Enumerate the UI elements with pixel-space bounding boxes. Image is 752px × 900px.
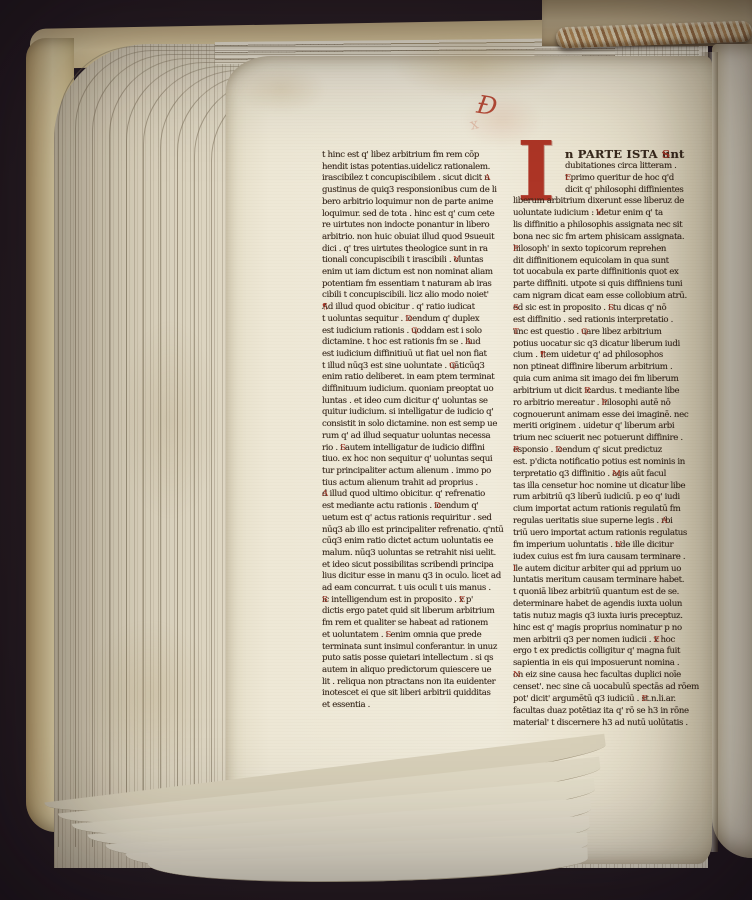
text-line: dubitationes circa litteram . bbox=[565, 161, 681, 173]
text-line: sapientia in eis qui imposuerunt nomina … bbox=[513, 658, 681, 670]
text-line: est diffinitio . sed rationis interpreta… bbox=[513, 315, 681, 327]
text-line: rum q' ad illud sequatur uoluntas necess… bbox=[322, 431, 492, 443]
rubricated-letter: A bbox=[322, 489, 328, 501]
text-line: cium importat actum rationis regulatū fm bbox=[513, 504, 681, 516]
rubricated-letter: S bbox=[513, 303, 519, 315]
text-line: n PARTE ISTA Sunt bbox=[565, 149, 681, 161]
text-line: ro arbitrio mereatur . Philosophi autē n… bbox=[513, 398, 681, 410]
rubricated-letter: Q bbox=[411, 326, 418, 338]
book-photo: Đ x I t hinc est q' libez arbitrium fm r… bbox=[0, 0, 752, 900]
text-line: fm rem et qualiter se habeat ad rationem bbox=[322, 618, 492, 630]
rubricated-letter: E bbox=[565, 173, 571, 185]
text-line: lius dicitur esse in manu q3 in oculo. l… bbox=[322, 571, 492, 583]
text-line: cūq3 enim ratio dictet actum uoluntatis … bbox=[322, 536, 492, 548]
text-line: diffinituum iudicium. quoniam preoptat u… bbox=[322, 384, 492, 396]
text-line: tius actum alienum trahit ad proprius . bbox=[322, 478, 492, 490]
text-line: et essentia . bbox=[322, 700, 492, 712]
text-line: est. p'dicta notificatio potius est nomi… bbox=[513, 457, 681, 469]
rubricated-letter: I bbox=[513, 564, 516, 576]
text-line: Responsio . Dicendum q' sicut predictuz bbox=[513, 445, 681, 457]
rubricated-letter: D bbox=[434, 501, 441, 513]
text-line: bona nec sic fm artem phisicam assignata… bbox=[513, 232, 681, 244]
text-line: triū uero importat actum rationis regula… bbox=[513, 528, 681, 540]
text-line: tas illa censetur hoc nomine ut dicatur … bbox=[513, 481, 681, 493]
red-folio-mark: Đ bbox=[475, 92, 499, 120]
text-line: dictis ergo patet quid sit liberum arbit… bbox=[322, 606, 492, 618]
text-line: men arbitrii q3 per nomen iudicii . Ex h… bbox=[513, 635, 681, 647]
rubricated-letter: S bbox=[386, 630, 392, 642]
left-text-column: t hinc est q' libez arbitrium fm rem cōp… bbox=[322, 150, 492, 712]
text-line: quitur iudicium. si intelligatur de iudi… bbox=[322, 407, 492, 419]
rubricated-letter: S bbox=[322, 595, 328, 607]
text-line: determinare habet de agendis iuxta uolun bbox=[513, 599, 681, 611]
text-line: dit diffinitionem equicolam in qua sunt bbox=[513, 256, 681, 268]
rubricated-letter: ¶ bbox=[322, 302, 327, 314]
rubricated-letter: D bbox=[405, 314, 412, 326]
text-line: cibili t concupiscibili. licz alio modo … bbox=[322, 290, 492, 302]
rubricated-letter: V bbox=[454, 255, 460, 267]
text-line: potentiam fm essentiam t naturam ab iras bbox=[322, 279, 492, 291]
text-line: enim ut iam dictum est non nominat aliam bbox=[322, 267, 492, 279]
text-line: gustinus de quiq3 responsionibus cum de … bbox=[322, 185, 492, 197]
text-line: inotescet ei que sit liberi arbitrii qui… bbox=[322, 688, 492, 700]
text-line: cium . ¶Item uidetur q' ad philosophos bbox=[513, 350, 681, 362]
rubricated-letter: R bbox=[584, 386, 590, 398]
text-line: potius uocatur sic q3 dicatur liberum iu… bbox=[513, 339, 681, 351]
text-line: enim ratio deliberet. in eam ptem termin… bbox=[322, 372, 492, 384]
text-line: dici . q' tres uirtutes theologice sunt … bbox=[322, 244, 492, 256]
text-line: hendit istas potentias.uidelicz rational… bbox=[322, 162, 492, 174]
text-line: Ad illud quod ultimo obicitur. q' refren… bbox=[322, 489, 492, 501]
text-line: terpretatio q3 diffinitio . Magis aūt fa… bbox=[513, 469, 681, 481]
text-line: consistit in solo dictamine. non est sem… bbox=[322, 419, 492, 431]
facing-page-edge bbox=[712, 44, 752, 858]
text-line: terminata sunt insimul conferantur. in u… bbox=[322, 642, 492, 654]
text-line: et ideo sicut possibilitas scribendi pri… bbox=[322, 560, 492, 572]
text-line: puto satis posse quietari intellectum . … bbox=[322, 653, 492, 665]
text-line: uoluntate iudicium : Videtur enim q' ta bbox=[513, 208, 681, 220]
text-line: hinc est q' magis proprius nominatur p n… bbox=[513, 623, 681, 635]
text-line: material' t discernere h3 ad nutū uolūta… bbox=[513, 718, 681, 730]
rubricated-letter: D bbox=[555, 445, 562, 457]
rubricated-letter: S bbox=[662, 149, 671, 161]
text-line: t quoniā libez arbitriū quantum est de s… bbox=[513, 587, 681, 599]
text-line: censet'. nec sine cā uocabulū spectās ad… bbox=[513, 682, 681, 694]
text-line: luntas . et ideo cum dicitur q' uoluntas… bbox=[322, 396, 492, 408]
text-line: Ille autem dicitur arbiter qui ad pprium… bbox=[513, 564, 681, 576]
text-line: cam nigram dicat eam esse collobium atrū… bbox=[513, 291, 681, 303]
text-line: dicit q' philosophi diffinientes bbox=[565, 185, 681, 197]
rubricated-letter: A bbox=[484, 173, 490, 185]
text-line: t illud nūq3 est sine uoluntate . Quātic… bbox=[322, 361, 492, 373]
text-line: Philosoph' in sexto topicorum reprehen bbox=[513, 244, 681, 256]
text-line: et uoluntatem . Si enim omnia que prede bbox=[322, 630, 492, 642]
text-line: arbitrio. non huic obuiat illud quod 9su… bbox=[322, 232, 492, 244]
rubricated-letter: Q bbox=[581, 327, 588, 339]
rubricated-letter: S bbox=[340, 443, 346, 455]
text-line: malum. nūq3 uoluntas se retrahit nisi ue… bbox=[322, 548, 492, 560]
rubricated-letter: E bbox=[641, 694, 647, 706]
text-line: non ptineat diffinire liberum arbitrium … bbox=[513, 362, 681, 374]
text-line: bero arbitrio loquimur non de parte anim… bbox=[322, 197, 492, 209]
stain bbox=[120, 320, 220, 520]
text-line: tiuo. ex hoc non sequitur q' uoluntas se… bbox=[322, 454, 492, 466]
rubricated-letter: ¶ bbox=[540, 350, 545, 362]
text-line: tur principaliter actum alienum . immo p… bbox=[322, 466, 492, 478]
rubricated-letter: E bbox=[459, 595, 465, 607]
right-text-column: n PARTE ISTA Suntdubitationes circa litt… bbox=[513, 149, 681, 729]
rubricated-letter: A bbox=[661, 516, 667, 528]
stain bbox=[84, 620, 214, 770]
text-line: trium nec sciuerit nec potuerunt diffini… bbox=[513, 433, 681, 445]
rubricated-letter: R bbox=[513, 445, 519, 457]
text-line: Tunc est questio . Quare libez arbitrium bbox=[513, 327, 681, 339]
rubricated-letter: U bbox=[615, 540, 622, 552]
text-line: t uoluntas sequitur . Dicendum q' duplex bbox=[322, 314, 492, 326]
text-line: autem in aliquo predictorum quiescere ue bbox=[322, 665, 492, 677]
text-line: irascibilez t concupiscibilem . sicut di… bbox=[322, 173, 492, 185]
text-line: rum arbitriū q3 liberū iudiciū. p eo q' … bbox=[513, 492, 681, 504]
stain bbox=[236, 64, 326, 114]
rubricated-letter: P bbox=[602, 398, 607, 410]
text-line: ergo t ex predictis colligitur q' magna … bbox=[513, 646, 681, 658]
text-line: liberum arbitrium dixerunt esse liberuz … bbox=[513, 196, 681, 208]
text-line: fm imperium uoluntatis . Unde ille dicit… bbox=[513, 540, 681, 552]
text-line: cognouerunt animam esse dei imaginē. nec bbox=[513, 410, 681, 422]
text-line: lis diffinitio a philosophis assignata n… bbox=[513, 220, 681, 232]
text-line: Non eiz sine causa hec facultas duplici … bbox=[513, 670, 681, 682]
text-line: Et primo queritur de hoc q'd bbox=[565, 173, 681, 185]
rubricated-letter: V bbox=[596, 208, 602, 220]
rubricated-letter: P bbox=[513, 244, 518, 256]
text-line: parte diffiniti. utpote si quis diffinie… bbox=[513, 279, 681, 291]
text-line: lit . reliqua non ptractans non ita euid… bbox=[322, 677, 492, 689]
text-line: tot uocabula ex parte diffinitionis quot… bbox=[513, 267, 681, 279]
rubricated-letter: E bbox=[654, 635, 660, 647]
text-line: re uirtutes non indocte ponantur in libe… bbox=[322, 220, 492, 232]
rubricated-letter: T bbox=[513, 327, 518, 339]
text-line: loquimur. sed de tota . hinc est q' cum … bbox=[322, 209, 492, 221]
text-line: facultas duaz potētiaz ita q' rō se h3 i… bbox=[513, 706, 681, 718]
text-line: ¶Ad illud quod obicitur . q' ratio iudic… bbox=[322, 302, 492, 314]
text-line: rio . Si autem intelligatur de iudicio d… bbox=[322, 443, 492, 455]
text-line: est iudicium diffinitiuū ut fiat uel non… bbox=[322, 349, 492, 361]
text-line: ad eam concurrat. t uis oculi t uis manu… bbox=[322, 583, 492, 595]
text-line: tatis nutuz magis q3 iuxta iuris precept… bbox=[513, 611, 681, 623]
text-line: est mediante actu rationis . Dicendum q' bbox=[322, 501, 492, 513]
rubricated-letter: Q bbox=[449, 361, 456, 373]
text-line: regulas ueritatis siue superne legis . A… bbox=[513, 516, 681, 528]
rubricated-letter: A bbox=[465, 337, 471, 349]
text-line: quia cum anima sit imago dei fm liberum bbox=[513, 374, 681, 386]
text-line: tionali concupiscibili t irascibili . Vo… bbox=[322, 255, 492, 267]
text-line: dictamine. t hoc est rationis fm se . Al… bbox=[322, 337, 492, 349]
text-line: uetum est q' actus rationis requiritur .… bbox=[322, 513, 492, 525]
text-line: luntatis meritum causam terminare habet. bbox=[513, 575, 681, 587]
text-line: meriti originem . uidetur q' liberum arb… bbox=[513, 421, 681, 433]
text-line: iudex cuius est fm iura causam terminare… bbox=[513, 552, 681, 564]
text-line: est iudicium rationis . Quoddam est i so… bbox=[322, 326, 492, 338]
rubricated-letter: N bbox=[513, 670, 520, 682]
rubricated-letter: M bbox=[612, 469, 620, 481]
text-line: t hinc est q' libez arbitrium fm rem cōp bbox=[322, 150, 492, 162]
text-line: nūq3 ab illo est principaliter refrenati… bbox=[322, 525, 492, 537]
text-line: Sed sic est in proposito . Si tu dicas q… bbox=[513, 303, 681, 315]
stain bbox=[392, 34, 562, 98]
text-line: Sic intelligendum est in proposito . Ex … bbox=[322, 595, 492, 607]
text-line: arbitrium ut dicit Ricardus. t mediante … bbox=[513, 386, 681, 398]
text-line: pot' dicit' argumētū q3 iudiciū . Est.n.… bbox=[513, 694, 681, 706]
rubricated-letter: S bbox=[608, 303, 614, 315]
